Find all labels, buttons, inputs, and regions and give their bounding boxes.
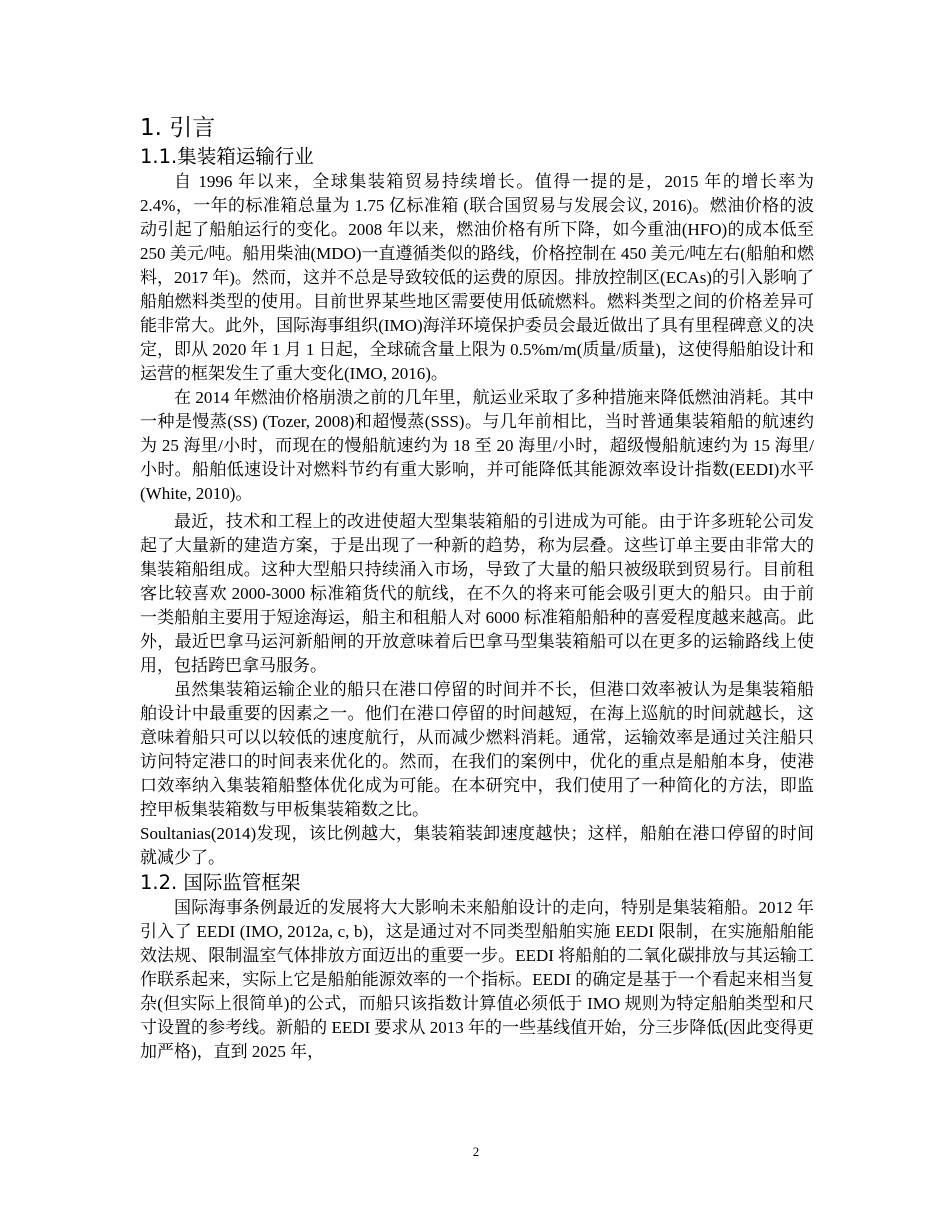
body-paragraph: 自 1996 年以来，全球集装箱贸易持续增长。值得一提的是，2015 年的增长率…: [140, 170, 814, 386]
section-heading-container-shipping: 1.1.集装箱运输行业: [140, 144, 814, 170]
body-paragraph: Soultanias(2014)发现，该比例越大，集装箱装卸速度越快；这样，船舶…: [140, 822, 814, 870]
document-page: 1. 引言 1.1.集装箱运输行业 自 1996 年以来，全球集装箱贸易持续增长…: [140, 112, 814, 1064]
body-paragraph: 虽然集装箱运输企业的船只在港口停留的时间并不长，但港口效率被认为是集装箱船舶设计…: [140, 678, 814, 822]
body-paragraph: 在 2014 年燃油价格崩溃之前的几年里，航运业采取了多种措施来降低燃油消耗。其…: [140, 386, 814, 506]
body-paragraph: 最近，技术和工程上的改进使超大型集装箱船的引进成为可能。由于许多班轮公司发起了大…: [140, 510, 814, 678]
section-heading-introduction: 1. 引言: [140, 112, 814, 144]
section-heading-regulatory-framework: 1.2. 国际监管框架: [140, 870, 814, 896]
body-paragraph: 国际海事条例最近的发展将大大影响未来船舶设计的走向，特别是集装箱船。2012 年…: [140, 896, 814, 1064]
page-number: 2: [0, 1144, 952, 1160]
